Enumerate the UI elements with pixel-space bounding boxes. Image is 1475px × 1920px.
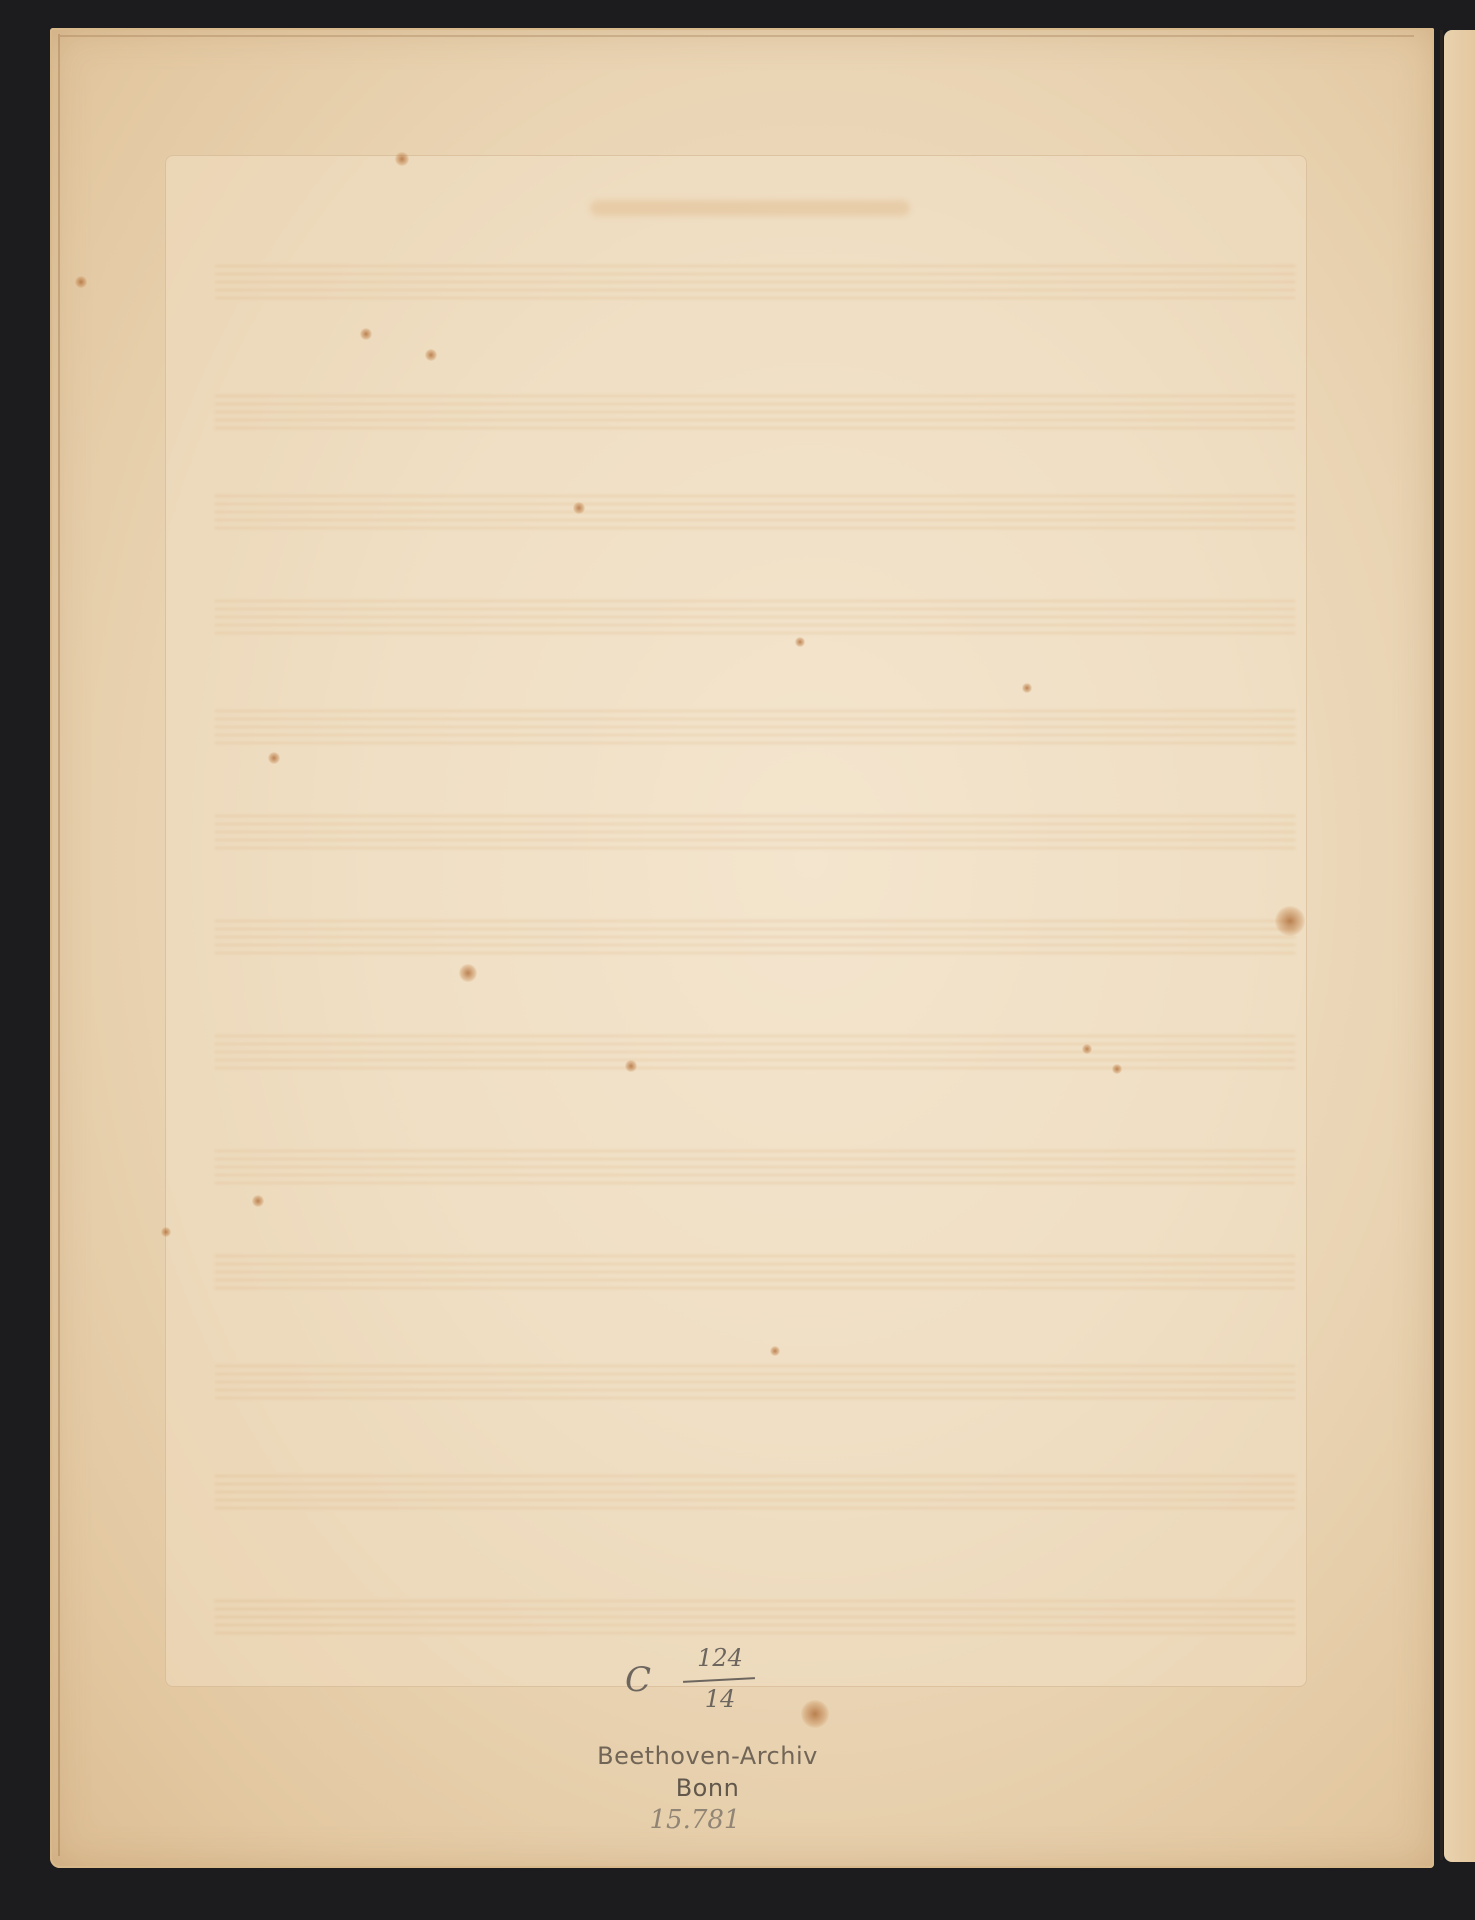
foxing-spot (252, 1195, 264, 1207)
staff-ghost (215, 1475, 1295, 1513)
staff-ghost (215, 710, 1295, 748)
sheet-top-edge (60, 35, 1414, 37)
foxing-spot (801, 1700, 829, 1728)
staff-ghost (215, 1035, 1295, 1073)
foxing-spot (795, 637, 805, 647)
inventory-number: 15.781 (625, 1805, 765, 1835)
foxing-spot (75, 276, 87, 288)
staff-ghost (215, 265, 1295, 303)
facing-page-edge (1444, 30, 1475, 1862)
title-show-through (590, 200, 910, 216)
staff-ghost (215, 920, 1295, 958)
foxing-spot (1112, 1064, 1122, 1074)
foxing-spot (573, 502, 585, 514)
stamp-archive-name: Beethoven-Archiv (0, 1742, 1445, 1770)
staff-ghost (215, 815, 1295, 853)
staff-ghost (215, 1365, 1295, 1403)
staff-ghost (215, 1255, 1295, 1293)
staff-ghost (215, 395, 1295, 433)
sheet-left-edge (58, 34, 60, 1856)
foxing-spot (425, 349, 437, 361)
foxing-spot (268, 752, 280, 764)
foxing-spot (625, 1060, 637, 1072)
staff-ghost (215, 495, 1295, 533)
foxing-spot (459, 964, 477, 982)
stamp-city: Bonn (0, 1774, 1445, 1802)
shelfmark-numerator: 124 (685, 1644, 755, 1672)
staff-ghost (215, 1600, 1295, 1638)
foxing-spot (1022, 683, 1032, 693)
foxing-spot (1082, 1044, 1092, 1054)
foxing-spot (770, 1346, 780, 1356)
foxing-spot (1275, 906, 1305, 936)
foxing-spot (395, 152, 409, 166)
staff-ghost (215, 600, 1295, 638)
shelfmark-denominator: 14 (685, 1685, 755, 1713)
shelfmark-prefix: C (625, 1660, 651, 1700)
staff-ghost (215, 1150, 1295, 1188)
foxing-spot (161, 1227, 171, 1237)
foxing-spot (360, 328, 372, 340)
page-gutter (1440, 30, 1443, 1860)
